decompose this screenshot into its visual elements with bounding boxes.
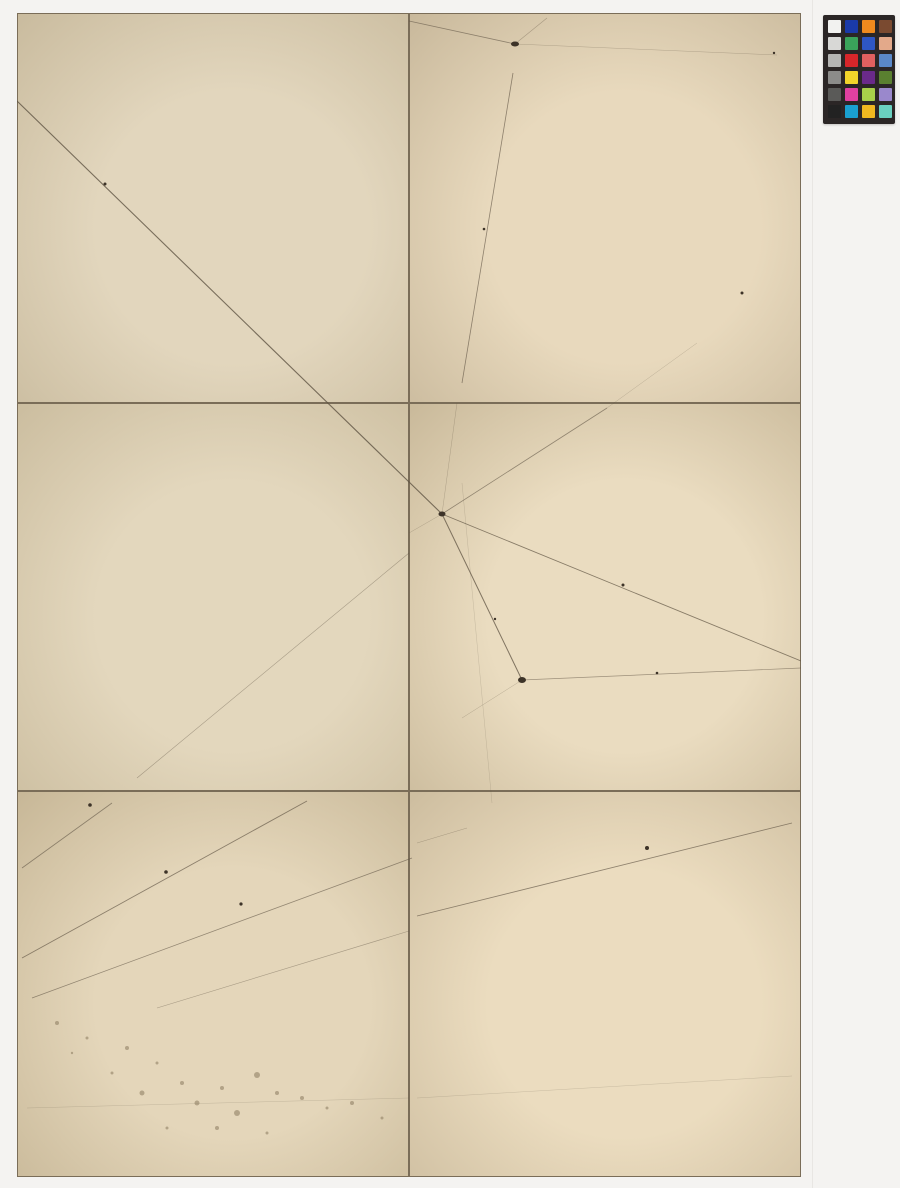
- color-swatch: [845, 88, 858, 101]
- color-swatch: [862, 54, 875, 67]
- color-swatch: [828, 88, 841, 101]
- color-swatch: [828, 37, 841, 50]
- color-swatch: [862, 71, 875, 84]
- color-swatch: [828, 54, 841, 67]
- panel-middle-right: [409, 403, 801, 791]
- color-swatch: [845, 105, 858, 118]
- color-swatch: [879, 88, 892, 101]
- color-swatch: [862, 105, 875, 118]
- color-swatch: [879, 54, 892, 67]
- color-swatch: [879, 71, 892, 84]
- color-swatch: [828, 105, 841, 118]
- color-swatch: [828, 71, 841, 84]
- color-swatch: [845, 71, 858, 84]
- color-swatch: [845, 20, 858, 33]
- color-swatch: [862, 20, 875, 33]
- color-swatch: [879, 37, 892, 50]
- panel-top-left: [17, 13, 409, 403]
- color-calibration-chart: [823, 15, 895, 124]
- color-swatch: [862, 88, 875, 101]
- mount-edge: [812, 0, 813, 1188]
- panel-bottom-right: [409, 791, 801, 1177]
- color-swatch: [828, 20, 841, 33]
- color-swatch: [879, 105, 892, 118]
- six-panel-print: [17, 13, 801, 1177]
- panel-top-right: [409, 13, 801, 403]
- color-swatch: [845, 54, 858, 67]
- color-swatch: [845, 37, 858, 50]
- panel-bottom-left: [17, 791, 409, 1177]
- color-swatch: [879, 20, 892, 33]
- color-swatch: [862, 37, 875, 50]
- panel-middle-left: [17, 403, 409, 791]
